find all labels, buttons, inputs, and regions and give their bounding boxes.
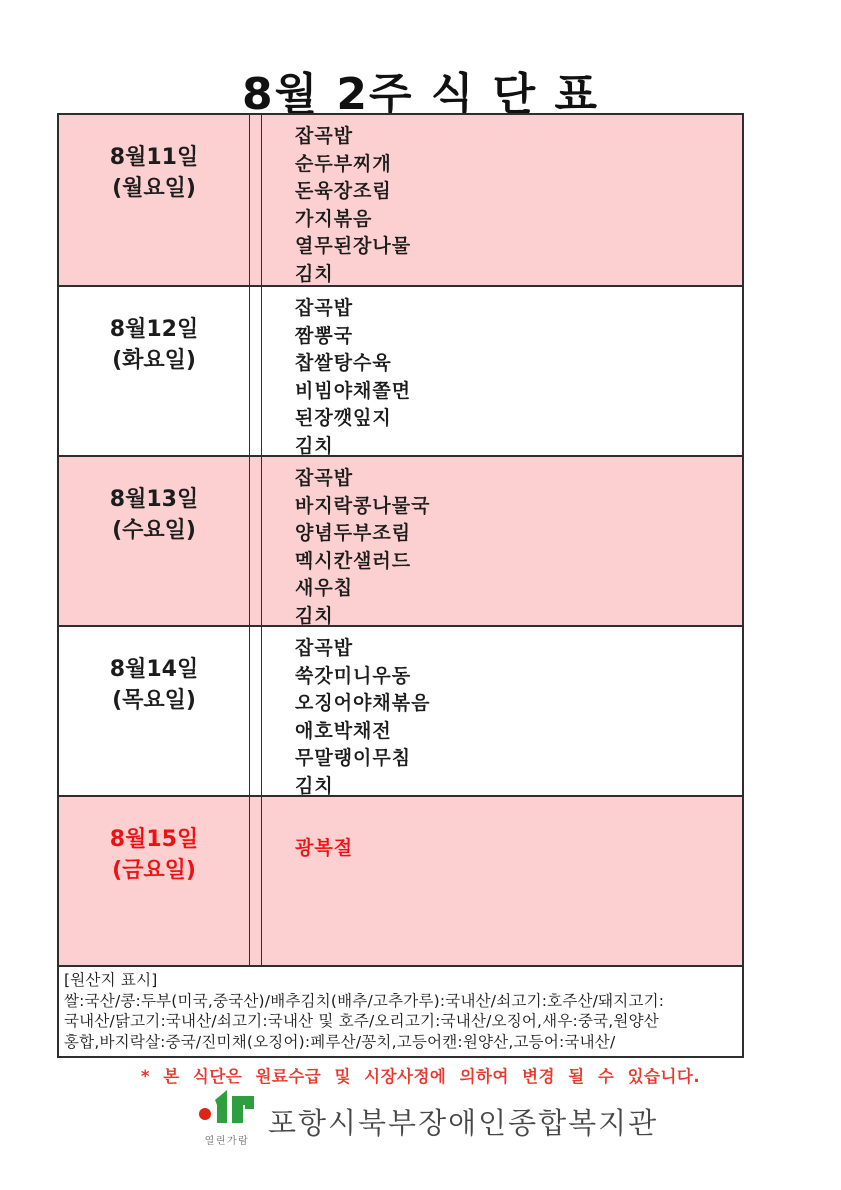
weekday-label: (화요일) bbox=[59, 345, 249, 376]
menu-item: 된장깻잎지 bbox=[295, 405, 742, 433]
date-label: 8월14일 bbox=[59, 654, 249, 685]
change-notice: * 본 식단은 원료수급 및 시장사정에 의하여 변경 될 수 있습니다. bbox=[0, 1063, 841, 1087]
menu-item: 바지락콩나물국 bbox=[295, 493, 742, 521]
date-cell: 8월15일 (금요일) bbox=[59, 797, 250, 965]
menu-item: 김치 bbox=[295, 433, 742, 461]
organization-name: 포항시북부장애인종합복지관 bbox=[268, 1101, 658, 1142]
spacer-cell bbox=[250, 457, 262, 625]
spacer-cell bbox=[250, 115, 262, 285]
spacer-cell bbox=[250, 797, 262, 965]
menu-cell: 잡곡밥쑥갓미니우동오징어야채볶음애호박채전무말랭이무침김치 bbox=[262, 627, 742, 795]
menu-item: 쑥갓미니우동 bbox=[295, 663, 742, 691]
date-cell: 8월12일 (화요일) bbox=[59, 287, 250, 455]
logo-mark-icon bbox=[198, 1089, 256, 1131]
origin-heading: [원산지 표시] bbox=[64, 970, 736, 991]
menu-item: 새우칩 bbox=[295, 575, 742, 603]
menu-cell: 광복절 bbox=[262, 797, 742, 965]
menu-cell: 잡곡밥짬뽕국찹쌀탕수육비빔야채쫄면된장깻잎지김치 bbox=[262, 287, 742, 455]
logo-caption: 열린가람 bbox=[205, 1132, 250, 1147]
date-cell: 8월11일 (월요일) bbox=[59, 115, 250, 285]
meal-plan-document: 8월 2주 식 단 표 8월11일 (월요일) 잡곡밥순두부찌개돈육장조림가지볶… bbox=[0, 0, 841, 1190]
origin-line: 국내산/닭고기:국내산/쇠고기:국내산 및 호주/오리고기:국내산/오징어,새우… bbox=[64, 1011, 736, 1032]
menu-item: 잡곡밥 bbox=[295, 635, 742, 663]
weekday-label: (금요일) bbox=[59, 855, 249, 886]
date-label: 8월11일 bbox=[59, 142, 249, 173]
menu-item: 김치 bbox=[295, 603, 742, 631]
weekday-label: (목요일) bbox=[59, 685, 249, 716]
weekly-menu-table: 8월11일 (월요일) 잡곡밥순두부찌개돈육장조림가지볶음열무된장나물김치 8월… bbox=[57, 113, 744, 1058]
origin-line: 쌀:국산/콩:두부(미국,중국산)/배추김치(배추/고추가루):국내산/쇠고기:… bbox=[64, 991, 736, 1012]
menu-item: 돈육장조림 bbox=[295, 178, 742, 206]
spacer-cell bbox=[250, 627, 262, 795]
menu-item: 잡곡밥 bbox=[295, 123, 742, 151]
menu-item: 김치 bbox=[295, 261, 742, 289]
menu-item: 김치 bbox=[295, 773, 742, 801]
footer: 열린가람 포항시북부장애인종합복지관 bbox=[196, 1089, 658, 1147]
spacer-cell bbox=[250, 287, 262, 455]
day-row: 8월12일 (화요일) 잡곡밥짬뽕국찹쌀탕수육비빔야채쫄면된장깻잎지김치 bbox=[59, 285, 742, 455]
menu-item: 찹쌀탕수육 bbox=[295, 350, 742, 378]
menu-item: 무말랭이무침 bbox=[295, 745, 742, 773]
menu-item: 가지볶음 bbox=[295, 206, 742, 234]
date-label: 8월12일 bbox=[59, 314, 249, 345]
day-row: 8월15일 (금요일) 광복절 bbox=[59, 795, 742, 965]
menu-cell: 잡곡밥바지락콩나물국양념두부조림멕시칸샐러드새우칩김치 bbox=[262, 457, 742, 625]
weekday-label: (수요일) bbox=[59, 515, 249, 546]
date-cell: 8월14일 (목요일) bbox=[59, 627, 250, 795]
day-row: 8월13일 (수요일) 잡곡밥바지락콩나물국양념두부조림멕시칸샐러드새우칩김치 bbox=[59, 455, 742, 625]
menu-item: 비빔야채쫄면 bbox=[295, 378, 742, 406]
menu-item: 잡곡밥 bbox=[295, 465, 742, 493]
menu-item: 양념두부조림 bbox=[295, 520, 742, 548]
organization-logo: 열린가람 bbox=[196, 1089, 258, 1147]
day-rows: 8월11일 (월요일) 잡곡밥순두부찌개돈육장조림가지볶음열무된장나물김치 8월… bbox=[59, 115, 742, 965]
menu-item: 오징어야채볶음 bbox=[295, 690, 742, 718]
menu-item: 애호박채전 bbox=[295, 718, 742, 746]
menu-item: 멕시칸샐러드 bbox=[295, 548, 742, 576]
origin-line: 홍합,바지락살:중국/진미채(오징어):페루산/꽁치,고등어캔:원양산,고등어:… bbox=[64, 1032, 736, 1053]
date-cell: 8월13일 (수요일) bbox=[59, 457, 250, 625]
menu-item: 짬뽕국 bbox=[295, 323, 742, 351]
date-label: 8월15일 bbox=[59, 824, 249, 855]
menu-item: 순두부찌개 bbox=[295, 151, 742, 179]
menu-cell: 잡곡밥순두부찌개돈육장조림가지볶음열무된장나물김치 bbox=[262, 115, 742, 285]
day-row: 8월11일 (월요일) 잡곡밥순두부찌개돈육장조림가지볶음열무된장나물김치 bbox=[59, 115, 742, 285]
weekday-label: (월요일) bbox=[59, 173, 249, 204]
menu-item: 열무된장나물 bbox=[295, 233, 742, 261]
day-row: 8월14일 (목요일) 잡곡밥쑥갓미니우동오징어야채볶음애호박채전무말랭이무침김… bbox=[59, 625, 742, 795]
menu-item: 잡곡밥 bbox=[295, 295, 742, 323]
menu-item: 광복절 bbox=[295, 835, 742, 863]
date-label: 8월13일 bbox=[59, 484, 249, 515]
origin-info-box: [원산지 표시] 쌀:국산/콩:두부(미국,중국산)/배추김치(배추/고추가루)… bbox=[59, 965, 742, 1056]
